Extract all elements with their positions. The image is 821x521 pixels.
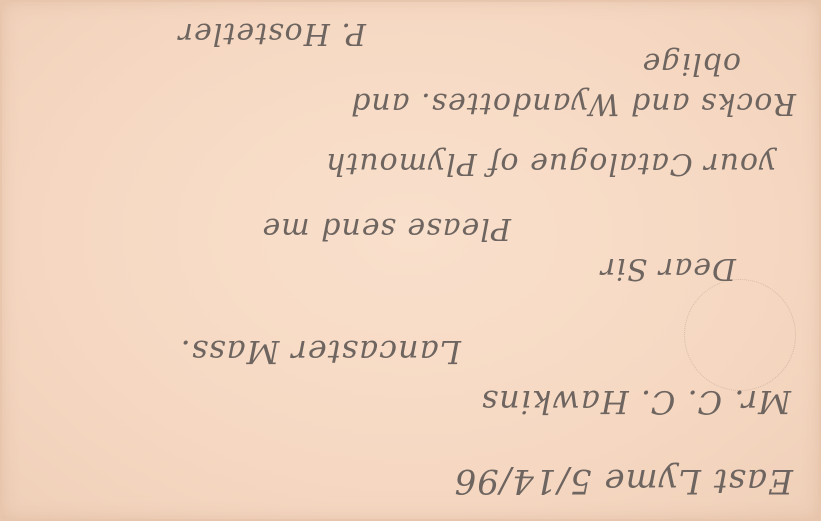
postcard: East Lyme 5/14/96 Mr. C. C. Hawkins Lanc… xyxy=(0,0,821,521)
faint-postmark xyxy=(684,279,796,391)
salutation: Dear Sir xyxy=(600,251,736,286)
body-line-4: oblige xyxy=(642,46,741,81)
body-line-1: Please send me xyxy=(261,211,511,246)
handwritten-text-upside-down: East Lyme 5/14/96 Mr. C. C. Hawkins Lanc… xyxy=(0,0,821,521)
addressee-name: Mr. C. C. Hawkins xyxy=(481,383,791,421)
body-line-3: Rocks and Wyandottes. and xyxy=(350,86,796,121)
addressee-location: Lancaster Mass. xyxy=(180,333,461,371)
body-line-2: your Catalogue of Plymouth xyxy=(325,146,776,181)
signature: P. Hostetler xyxy=(178,16,366,51)
dateline: East Lyme 5/14/96 xyxy=(454,461,793,501)
